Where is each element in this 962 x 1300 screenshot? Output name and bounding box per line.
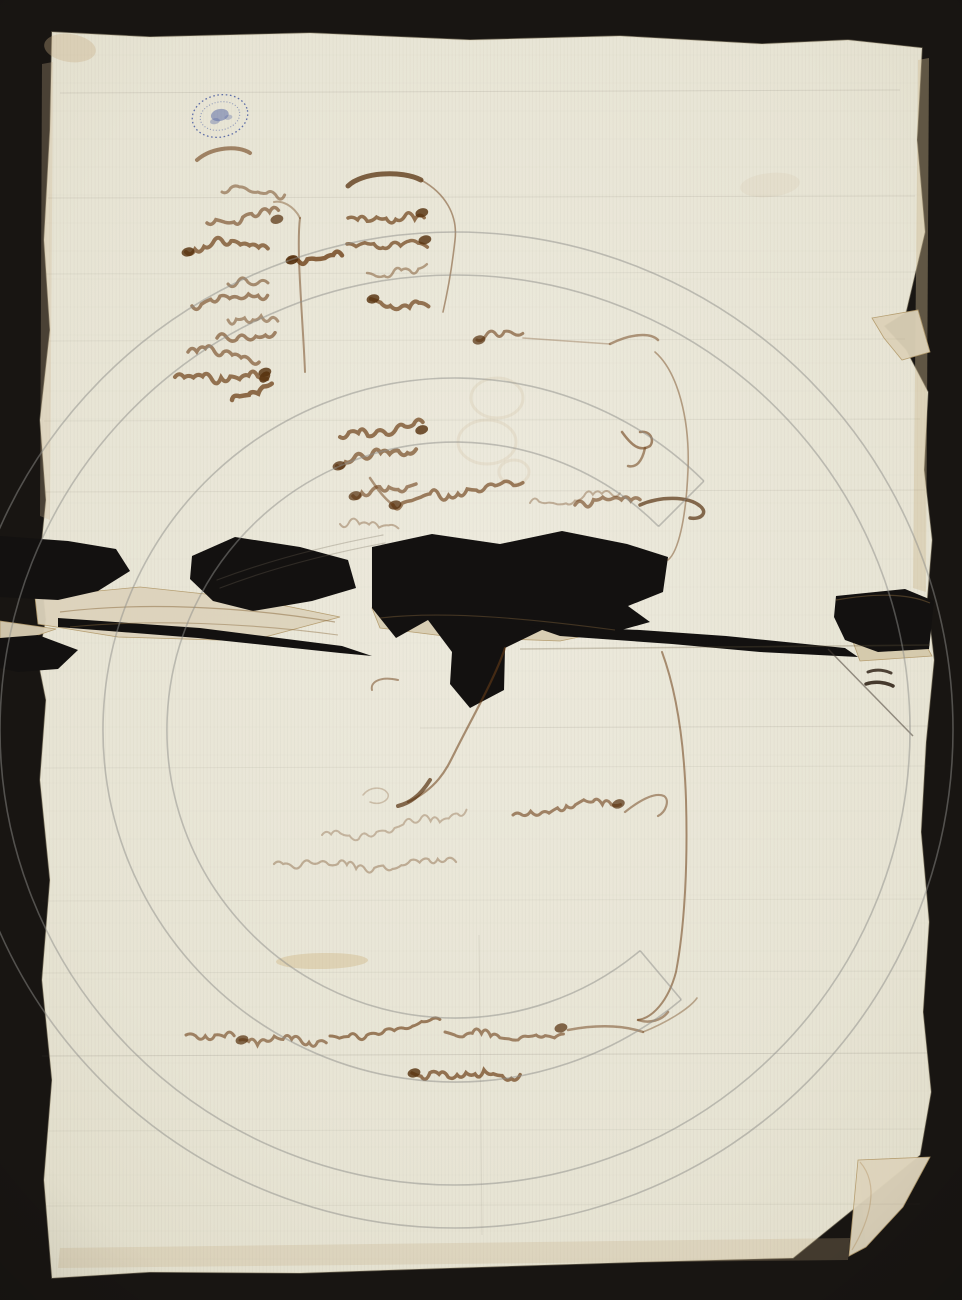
manuscript-scan	[0, 0, 962, 1300]
manuscript-scan-image	[0, 0, 962, 1300]
